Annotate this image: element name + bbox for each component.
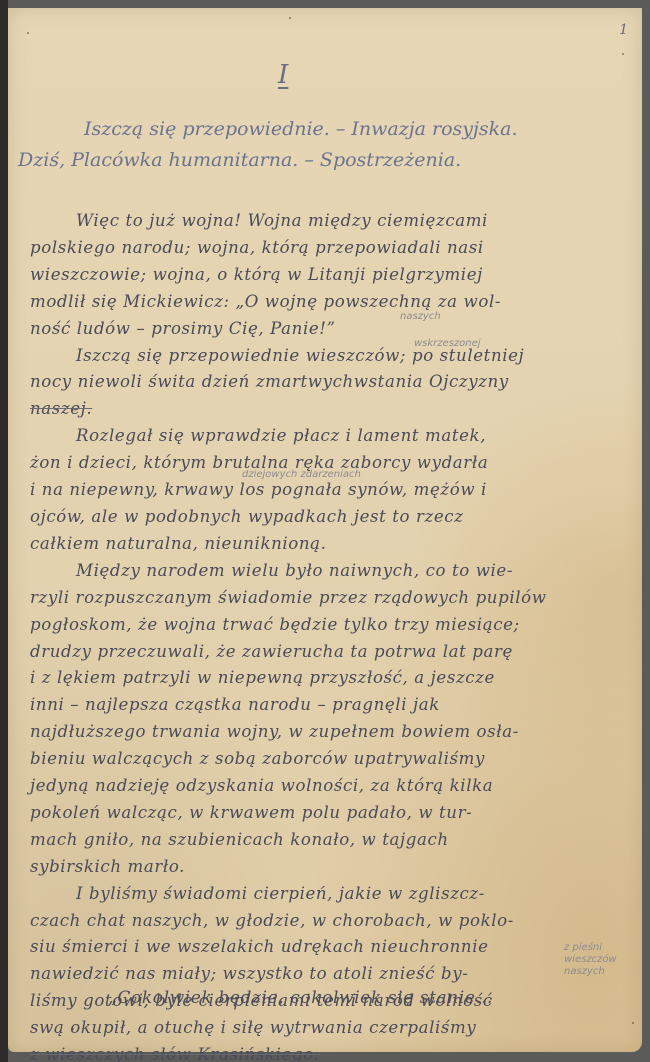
paper-speck xyxy=(622,53,624,55)
summary-line: Dziś, Placówka humanitarna. – Spostrzeże… xyxy=(18,145,618,176)
paper-speck xyxy=(289,17,291,19)
text-line: polskiego narodu; wojna, którą przepowia… xyxy=(30,235,590,262)
text-line: czach chat naszych, w głodzie, w choroba… xyxy=(30,908,590,935)
struck-text-line: naszej. xyxy=(30,396,590,423)
text-line: pogłoskom, że wojna trwać będzie tylko t… xyxy=(30,612,590,639)
text-line: drudzy przeczuwali, że zawierucha ta pot… xyxy=(30,639,590,666)
text-line: nawiedzić nas miały; wszystko to atoli z… xyxy=(30,961,590,988)
pencil-annotation: wskrzeszonej xyxy=(414,338,481,349)
text-line: modlił się Mickiewicz: „O wojnę powszech… xyxy=(30,289,590,316)
text-line: pokoleń walcząc, w krwawem polu padało, … xyxy=(30,800,590,827)
pencil-annotation: naszych xyxy=(400,311,441,322)
text-line: Iszczą się przepowiednie wieszczów; po s… xyxy=(30,343,590,370)
pencil-annotation: dziejowych zdarzeniach xyxy=(242,469,361,480)
text-line: najdłuższego trwania wojny, w zupełnem b… xyxy=(30,719,590,746)
text-line: nocy niewoli świta dzień zmartwychwstani… xyxy=(30,369,590,396)
text-line: swą okupił, a otuchę i siłę wytrwania cz… xyxy=(30,1015,590,1042)
manuscript-page: 1 I Iszczą się przepowiednie. – Inwazja … xyxy=(8,8,642,1052)
paper-speck xyxy=(27,32,29,34)
text-line: I byliśmy świadomi cierpień, jakie w zgl… xyxy=(30,881,590,908)
paper-speck xyxy=(632,1022,634,1024)
text-line: siu śmierci i we wszelakich udrękach nie… xyxy=(30,934,590,961)
text-line: i z lękiem patrzyli w niepewną przyszłoś… xyxy=(30,665,590,692)
text-line: całkiem naturalna, nieuniknioną. xyxy=(30,531,590,558)
scan-edge xyxy=(0,0,8,1062)
paper-speck xyxy=(72,1028,74,1030)
text-line: bieniu walczących z sobą zaborców upatry… xyxy=(30,746,590,773)
text-line: ojców, ale w podobnych wypadkach jest to… xyxy=(30,504,590,531)
quotation-line: „Cokolwiek będzie, cokolwiek się stanie… xyxy=(108,988,493,1008)
text-line: Rozlegał się wprawdzie płacz i lament ma… xyxy=(30,423,590,450)
text-line: Więc to już wojna! Wojna między ciemięzc… xyxy=(30,208,590,235)
text-line: Między narodem wielu było naiwnych, co t… xyxy=(30,558,590,585)
chapter-numeral: I xyxy=(278,60,288,90)
text-line: jedyną nadzieję odzyskania wolności, za … xyxy=(30,773,590,800)
manuscript-body: Więc to już wojna! Wojna między ciemięzc… xyxy=(30,208,590,1062)
text-line: wieszczowie; wojna, o którą w Litanji pi… xyxy=(30,262,590,289)
text-line: sybirskich marło. xyxy=(30,854,590,881)
text-line: mach gniło, na szubienicach konało, w ta… xyxy=(30,827,590,854)
text-line: rzyli rozpuszczanym świadomie przez rząd… xyxy=(30,585,590,612)
struck-text-line: z wieszczych słów Krasińskiego: xyxy=(30,1042,590,1062)
text-line: i na niepewny, krwawy los pognała synów,… xyxy=(30,477,590,504)
margin-annotation: z pieśni wieszczów naszych xyxy=(564,942,624,978)
text-line: inni – najlepsza cząstka narodu – pragnę… xyxy=(30,692,590,719)
page-number: 1 xyxy=(619,22,628,38)
chapter-summary: Iszczą się przepowiednie. – Inwazja rosy… xyxy=(18,114,618,176)
text-line: ność ludów – prosimy Cię, Panie!” xyxy=(30,316,590,343)
summary-line: Iszczą się przepowiednie. – Inwazja rosy… xyxy=(18,114,618,145)
